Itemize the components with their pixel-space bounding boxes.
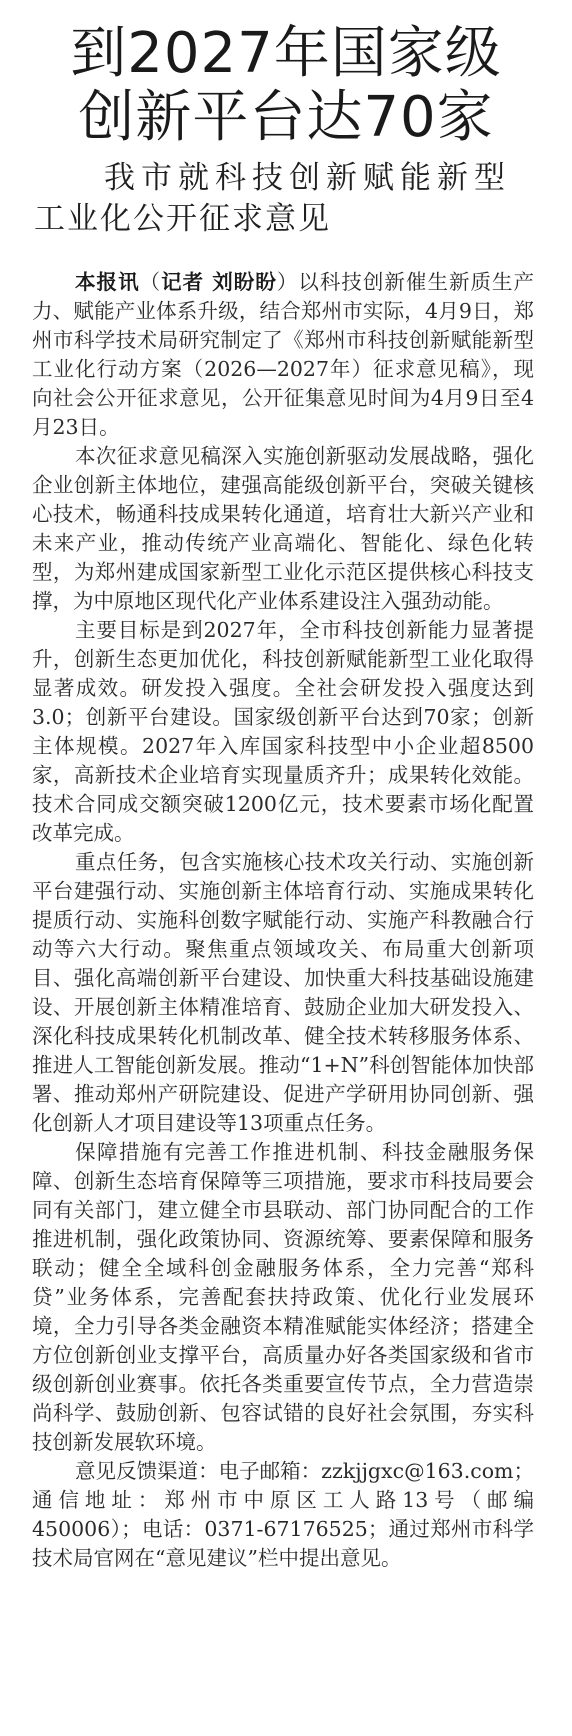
subtitle-line-2: 工业化公开征求意见	[34, 199, 539, 240]
paragraph-1-text: 以科技创新催生新质生产力、赋能产业体系升级，结合郑州市实际，4月9日，郑州市科学…	[32, 270, 534, 439]
reporter-name: 记者 刘盼盼	[161, 270, 277, 294]
subtitle-line-1: 我市就科技创新赋能新型	[34, 158, 539, 199]
lead-source: 本报讯	[75, 270, 140, 294]
paragraph-3: 主要目标是到2027年，全市科技创新能力显著提升，创新生态更加优化，科技创新赋能…	[32, 616, 534, 848]
paragraph-2: 本次征求意见稿深入实施创新驱动发展战略，强化企业创新主体地位，建强高能级创新平台…	[32, 442, 534, 616]
paragraph-4: 重点任务，包含实施核心技术攻关行动、实施创新平台建强行动、实施创新主体培育行动、…	[32, 848, 534, 1138]
headline: 到2027年国家级 创新平台达70家	[0, 22, 572, 150]
headline-line-2: 创新平台达70家	[0, 86, 572, 150]
lead-reporter: （记者 刘盼盼）	[140, 270, 299, 294]
article-body: 本报讯（记者 刘盼盼）以科技创新催生新质生产力、赋能产业体系升级，结合郑州市实际…	[32, 268, 534, 1573]
paragraph-lead: 本报讯（记者 刘盼盼）以科技创新催生新质生产力、赋能产业体系升级，结合郑州市实际…	[32, 268, 534, 442]
paragraph-6-feedback: 意见反馈渠道：电子邮箱：zzkjjgxc@163.com；通信地址：郑州市中原区…	[32, 1457, 534, 1573]
paragraph-5: 保障措施有完善工作推进机制、科技金融服务保障、创新生态培育保障等三项措施，要求市…	[32, 1138, 534, 1457]
headline-line-1: 到2027年国家级	[0, 22, 572, 86]
lead-reporter-wrap: （记者 刘盼盼）	[140, 270, 299, 294]
subtitle: 我市就科技创新赋能新型 工业化公开征求意见	[34, 158, 539, 240]
